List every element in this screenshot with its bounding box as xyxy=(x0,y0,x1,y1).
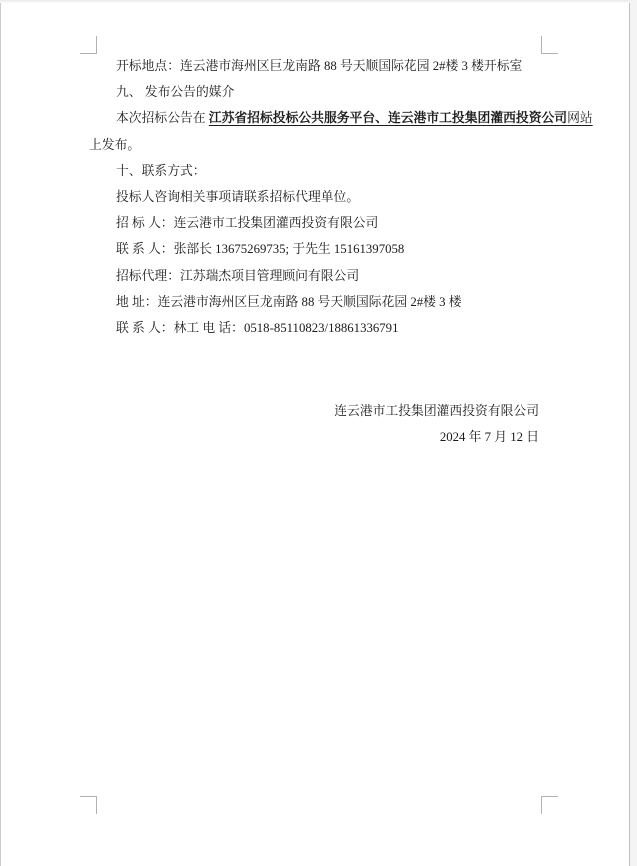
signature-date: 2024 年 7 月 12 日 xyxy=(89,424,541,450)
line-tenderer: 招 标 人：连云港市工投集团灌西投资有限公司 xyxy=(89,210,541,236)
margin-crop-mark-bottom-right xyxy=(541,796,558,814)
platform-names-emphasis: 江苏省招标投标公共服务平台、连云港市工投集团灌西投资公司 xyxy=(209,111,567,125)
announcement-suffix: 网站 xyxy=(567,111,593,125)
margin-crop-mark-bottom-left xyxy=(80,796,97,814)
line-contact-note: 投标人咨询相关事项请联系招标代理单位。 xyxy=(89,184,541,210)
line-contact-person-tenderer: 联 系 人：张部长 13675269735; 于先生 15161397058 xyxy=(89,236,541,262)
line-contact-person-agent: 联 系 人：林工 电 话：0518-85110823/18861336791 xyxy=(89,315,541,341)
signature-spacer xyxy=(89,341,541,398)
signature-company: 连云港市工投集团灌西投资有限公司 xyxy=(89,398,541,424)
line-announcement-continuation: 上发布。 xyxy=(89,132,541,158)
line-tender-agent: 招标代理：江苏瑞杰项目管理顾问有限公司 xyxy=(89,263,541,289)
window-top-shade xyxy=(0,0,637,3)
line-address: 地 址：连云港市海州区巨龙南路 88 号天顺国际花园 2#楼 3 楼 xyxy=(89,289,541,315)
line-section-nine-heading: 九、 发布公告的媒介 xyxy=(89,79,541,105)
scrollbar-track[interactable] xyxy=(630,0,637,866)
line-bid-opening-location: 开标地点：连云港市海州区巨龙南路 88 号天顺国际花园 2#楼 3 楼开标室 xyxy=(89,53,541,79)
line-section-ten-heading: 十、联系方式： xyxy=(89,158,541,184)
document-body: 开标地点：连云港市海州区巨龙南路 88 号天顺国际花园 2#楼 3 楼开标室 九… xyxy=(89,53,541,450)
margin-crop-mark-top-right xyxy=(541,36,558,54)
margin-crop-mark-top-left xyxy=(80,36,97,54)
announcement-prefix: 本次招标公告在 xyxy=(116,111,209,125)
line-announcement-media: 本次招标公告在 江苏省招标投标公共服务平台、连云港市工投集团灌西投资公司网站 xyxy=(89,105,541,131)
document-page: 开标地点：连云港市海州区巨龙南路 88 号天顺国际花园 2#楼 3 楼开标室 九… xyxy=(0,0,630,866)
